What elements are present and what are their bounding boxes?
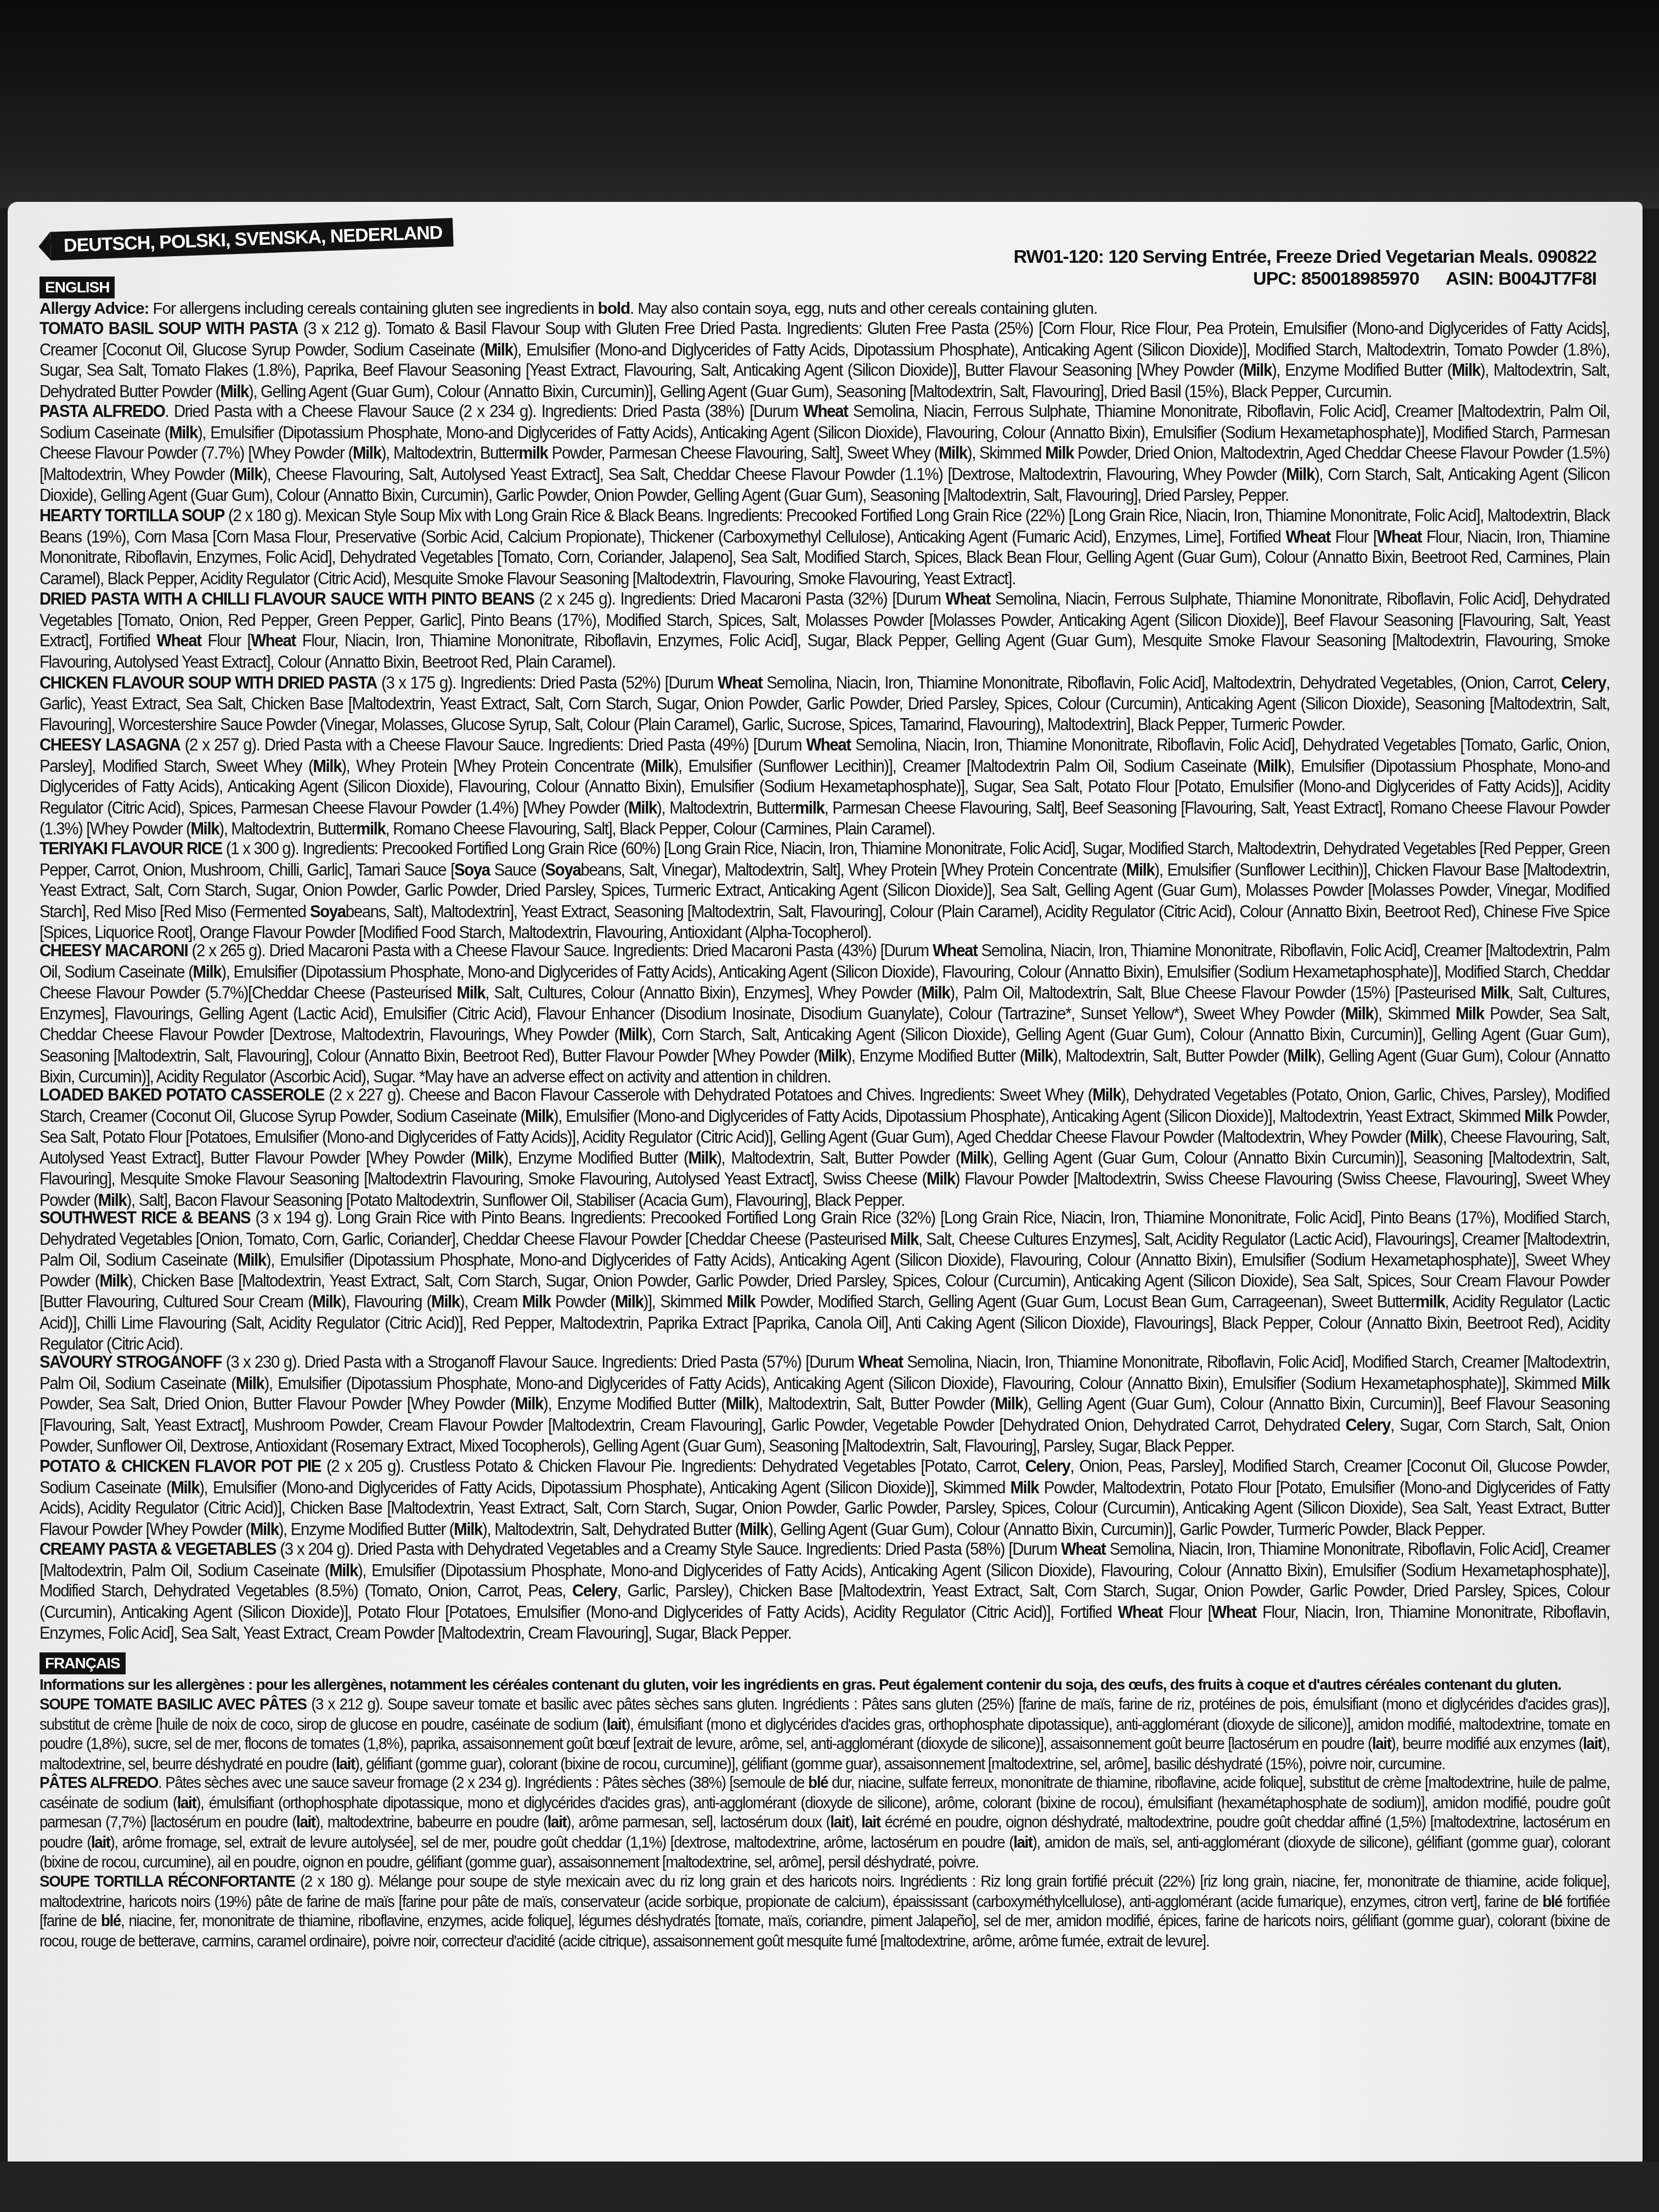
ingredients-label: DEUTSCH, POLSKI, SVENSKA, NEDERLAND RW01… <box>8 202 1643 2166</box>
allergen: Milk <box>1455 1005 1484 1024</box>
allergen: Wheat <box>718 673 762 692</box>
allergen: Milk <box>353 444 381 463</box>
allergen: Wheat <box>251 631 295 651</box>
allergen: milk <box>795 798 824 817</box>
allergen: Milk <box>99 1271 128 1290</box>
allergen: milk <box>518 444 548 463</box>
allergen: Celery <box>1346 1415 1391 1435</box>
allergen: Milk <box>234 465 262 484</box>
allergen: Milk <box>1345 1005 1374 1024</box>
allergen: Milk <box>1126 860 1155 879</box>
product-name: HEARTY TORTILLA SOUP <box>39 506 224 525</box>
french-product-list: SOUPE TOMATE BASILIC AVEC PÂTES (3 x 212… <box>39 1696 1610 1949</box>
allergen: blé <box>101 1912 121 1930</box>
allergen: Milk <box>313 757 341 776</box>
product-name: TERIYAKI FLAVOUR RICE <box>39 839 222 858</box>
allergen: Milk <box>1524 1106 1553 1125</box>
allergen: lait <box>336 1754 355 1773</box>
allergen: Milk <box>960 1148 989 1167</box>
allergen: Milk <box>1286 465 1314 484</box>
allergen: Soya <box>454 860 490 879</box>
allergen: Milk <box>190 820 219 839</box>
allergen: Wheat <box>1061 1539 1105 1559</box>
product-name: SAVOURY STROGANOFF <box>39 1352 222 1372</box>
product-name: CHEESY MACARONI <box>39 941 188 961</box>
product-ingredients: CREAMY PASTA & VEGETABLES (3 x 204 g). D… <box>39 1539 1610 1644</box>
allergen: Milk <box>313 1292 341 1311</box>
product-ingredients: TERIYAKI FLAVOUR RICE (1 x 300 g). Ingre… <box>39 838 1610 944</box>
product-line: RW01-120: 120 Serving Entrée, Freeze Dri… <box>1013 246 1596 268</box>
allergen: lait <box>296 1813 315 1831</box>
product-ingredients: CHEESY MACARONI (2 x 265 g). Dried Macar… <box>39 941 1610 1088</box>
allergy-bold: bold <box>598 300 630 318</box>
allergen: Wheat <box>1118 1602 1162 1622</box>
product-ingredients: DRIED PASTA WITH A CHILLI FLAVOUR SAUCE … <box>39 589 1610 673</box>
product-name: CHICKEN FLAVOUR SOUP WITH DRIED PASTA <box>39 673 377 692</box>
allergen: Milk <box>727 1292 755 1311</box>
allergen: Milk <box>1581 1374 1610 1393</box>
allergen: Milk <box>921 983 950 1002</box>
allergen: Milk <box>628 798 657 817</box>
product-ingredients: LOADED BAKED POTATO CASSEROLE (2 x 227 g… <box>39 1085 1610 1211</box>
allergen: Milk <box>1024 1046 1053 1065</box>
allergen: Milk <box>475 1148 504 1167</box>
allergen: blé <box>808 1774 828 1792</box>
allergen: milk <box>1415 1292 1444 1311</box>
product-ingredients: SAVOURY STROGANOFF (3 x 230 g). Dried Pa… <box>39 1352 1610 1457</box>
allergen: Milk <box>939 444 967 463</box>
allergen: Milk <box>615 1292 644 1311</box>
allergen: Milk <box>220 382 249 401</box>
allergen: Milk <box>726 1395 754 1414</box>
product-name: CHEESY LASAGNA <box>39 735 180 754</box>
allergen: Milk <box>890 1229 918 1248</box>
allergen: Soya <box>310 902 346 921</box>
allergen: lait <box>861 1813 881 1831</box>
allergen: Milk <box>927 1169 955 1188</box>
product-name: SOUPE TORTILLA RÉCONFORTANTE <box>39 1872 295 1890</box>
allergen: Milk <box>454 1520 482 1539</box>
allergen: Wheat <box>946 589 990 608</box>
allergen: blé <box>1542 1892 1562 1910</box>
product-name: SOUPE TOMATE BASILIC AVEC PÂTES <box>39 1695 307 1713</box>
allergen: Milk <box>688 1148 716 1167</box>
product-name: SOUTHWEST RICE & BEANS <box>39 1208 250 1227</box>
allergen: Milk <box>1452 361 1480 380</box>
allergen: Milk <box>740 1520 768 1539</box>
product-ingredients: PASTA ALFREDO. Dried Pasta with a Cheese… <box>39 401 1610 506</box>
product-ingredients: HEARTY TORTILLA SOUP (2 x 180 g). Mexica… <box>39 505 1610 589</box>
package-top <box>0 0 1659 208</box>
allergen: Milk <box>457 983 486 1002</box>
french-section: FRANÇAIS Informations sur les allergènes… <box>39 1649 1610 1949</box>
product-ingredients: CHICKEN FLAVOUR SOUP WITH DRIED PASTA (3… <box>39 673 1610 736</box>
product-name: POTATO & CHICKEN FLAVOR POT PIE <box>39 1457 321 1476</box>
allergen: Milk <box>236 1374 264 1393</box>
product-ingredients: CHEESY LASAGNA (2 x 257 g). Dried Pasta … <box>39 735 1610 840</box>
allergen: Milk <box>522 1292 551 1311</box>
allergen: lait <box>607 1715 626 1733</box>
section-tag-english: ENGLISH <box>39 276 115 298</box>
allergen: Wheat <box>156 631 201 651</box>
allergen: Milk <box>1481 983 1509 1002</box>
allergen: Milk <box>1243 361 1272 380</box>
allergen: lait <box>91 1833 110 1851</box>
allergen: Milk <box>995 1395 1023 1414</box>
allergen: Milk <box>515 1395 543 1414</box>
allergen: Milk <box>1045 444 1074 463</box>
allergen: milk <box>356 820 385 839</box>
allergy-text: For allergens including cereals containi… <box>149 300 597 318</box>
allergen: Wheat <box>806 735 850 754</box>
allergen: Milk <box>431 1292 460 1311</box>
product-name: DRIED PASTA WITH A CHILLI FLAVOUR SAUCE … <box>39 589 534 608</box>
allergen: Wheat <box>933 941 977 961</box>
product-ingredients: SOUTHWEST RICE & BEANS (3 x 194 g). Long… <box>39 1207 1610 1355</box>
allergy-advice-french: Informations sur les allergènes : pour l… <box>39 1675 1610 1694</box>
product-name: LOADED BAKED POTATO CASSEROLE <box>39 1085 324 1104</box>
allergen: Milk <box>1092 1085 1121 1104</box>
allergen: Milk <box>619 1025 647 1045</box>
allergen: Milk <box>525 1106 554 1125</box>
allergen: Wheat <box>1285 527 1330 546</box>
allergen: lait <box>1013 1833 1032 1851</box>
allergen: Milk <box>193 962 222 981</box>
allergen: Wheat <box>1377 527 1421 546</box>
product-ingredients: SOUPE TOMATE BASILIC AVEC PÂTES (3 x 212… <box>39 1695 1610 1774</box>
product-ingredients: TOMATO BASIL SOUP WITH PASTA (3 x 212 g)… <box>39 318 1610 402</box>
allergen: Milk <box>818 1046 847 1065</box>
allergy-text: . May also contain soya, egg, nuts and o… <box>630 300 1097 318</box>
allergen: Milk <box>171 1477 199 1497</box>
product-name: PÂTES ALFREDO <box>39 1774 158 1792</box>
package-bottom <box>0 2162 1659 2212</box>
product-ingredients: SOUPE TORTILLA RÉCONFORTANTE (2 x 180 g)… <box>39 1871 1610 1951</box>
allergy-advice-english: Allergy Advice: For allergens including … <box>39 300 1610 318</box>
allergen: Celery <box>1025 1457 1070 1476</box>
allergen: lait <box>1583 1735 1602 1753</box>
allergen: Milk <box>1288 1046 1316 1065</box>
allergen: Wheat <box>1211 1602 1256 1622</box>
section-tag-french: FRANÇAIS <box>39 1652 126 1674</box>
allergen: Milk <box>484 340 513 359</box>
product-ingredients: POTATO & CHICKEN FLAVOR POT PIE (2 x 205… <box>39 1456 1610 1540</box>
allergen: Milk <box>169 423 198 442</box>
allergen: lait <box>548 1813 567 1831</box>
allergen: Milk <box>250 1520 279 1539</box>
allergen: Wheat <box>858 1352 902 1372</box>
allergen: Milk <box>329 1560 358 1579</box>
allergen: lait <box>177 1793 196 1812</box>
allergen: Milk <box>98 1190 127 1210</box>
other-languages-tab: DEUTSCH, POLSKI, SVENSKA, NEDERLAND <box>50 218 454 261</box>
allergen: Milk <box>1410 1127 1438 1147</box>
allergen: Wheat <box>803 402 848 421</box>
product-name: PASTA ALFREDO <box>39 402 165 421</box>
allergen: lait <box>1372 1735 1391 1753</box>
product-name: CREAMY PASTA & VEGETABLES <box>39 1539 276 1559</box>
allergen: Soya <box>545 860 581 879</box>
allergen: Celery <box>1561 673 1606 692</box>
product-ingredients: PÂTES ALFREDO. Pâtes sèches avec une sau… <box>39 1773 1610 1872</box>
allergen: Milk <box>645 757 674 776</box>
allergen: Milk <box>1010 1477 1039 1497</box>
english-product-list: TOMATO BASIL SOUP WITH PASTA (3 x 212 g)… <box>39 320 1610 1641</box>
allergen: lait <box>830 1813 849 1831</box>
allergy-label: Allergy Advice: <box>39 300 149 318</box>
label-content: ENGLISH Allergy Advice: For allergens in… <box>39 273 1610 1953</box>
allergen: Milk <box>238 1250 266 1269</box>
allergen: Milk <box>1257 757 1286 776</box>
allergen: Celery <box>572 1582 617 1601</box>
product-name: TOMATO BASIL SOUP WITH PASTA <box>39 319 298 338</box>
